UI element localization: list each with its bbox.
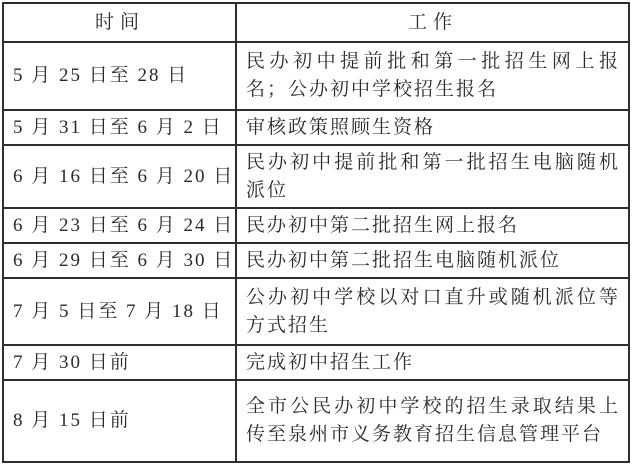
work-cell: 民办初中第二批招生电脑随机派位 [236, 243, 629, 278]
time-cell: 6 月 16 日至 6 月 20 日 [3, 145, 236, 208]
time-cell: 6 月 23 日至 6 月 24 日 [3, 208, 236, 243]
table-row: 7 月 30 日前 完成初中招生工作 [3, 345, 629, 380]
time-cell: 7 月 5 日至 7 月 18 日 [3, 278, 236, 345]
work-cell: 完成初中招生工作 [236, 345, 629, 380]
schedule-table: 时间 工作 5 月 25 日至 28 日 民办初中提前批和第一批招生网上报名；公… [2, 2, 630, 463]
table-row: 8 月 15 日前 全市公民办初中学校的招生录取结果上传至泉州市义务教育招生信息… [3, 380, 629, 462]
work-cell: 审核政策照顾生资格 [236, 110, 629, 145]
header-row: 时间 工作 [3, 3, 629, 42]
schedule-table-container: 时间 工作 5 月 25 日至 28 日 民办初中提前批和第一批招生网上报名；公… [2, 2, 630, 463]
table-row: 6 月 29 日至 6 月 30 日 民办初中第二批招生电脑随机派位 [3, 243, 629, 278]
time-cell: 8 月 15 日前 [3, 380, 236, 462]
time-cell: 6 月 29 日至 6 月 30 日 [3, 243, 236, 278]
time-cell: 5 月 25 日至 28 日 [3, 42, 236, 110]
table-row: 6 月 16 日至 6 月 20 日 民办初中提前批和第一批招生电脑随机派位 [3, 145, 629, 208]
table-row: 5 月 31 日至 6 月 2 日 审核政策照顾生资格 [3, 110, 629, 145]
column-header-work: 工作 [236, 3, 629, 42]
work-cell: 公办初中学校以对口直升或随机派位等方式招生 [236, 278, 629, 345]
table-row: 5 月 25 日至 28 日 民办初中提前批和第一批招生网上报名；公办初中学校招… [3, 42, 629, 110]
work-cell: 民办初中提前批和第一批招生网上报名；公办初中学校招生报名 [236, 42, 629, 110]
column-header-time: 时间 [3, 3, 236, 42]
table-row: 7 月 5 日至 7 月 18 日 公办初中学校以对口直升或随机派位等方式招生 [3, 278, 629, 345]
time-cell: 5 月 31 日至 6 月 2 日 [3, 110, 236, 145]
work-cell: 全市公民办初中学校的招生录取结果上传至泉州市义务教育招生信息管理平台 [236, 380, 629, 462]
work-cell: 民办初中第二批招生网上报名 [236, 208, 629, 243]
time-cell: 7 月 30 日前 [3, 345, 236, 380]
table-row: 6 月 23 日至 6 月 24 日 民办初中第二批招生网上报名 [3, 208, 629, 243]
work-cell: 民办初中提前批和第一批招生电脑随机派位 [236, 145, 629, 208]
